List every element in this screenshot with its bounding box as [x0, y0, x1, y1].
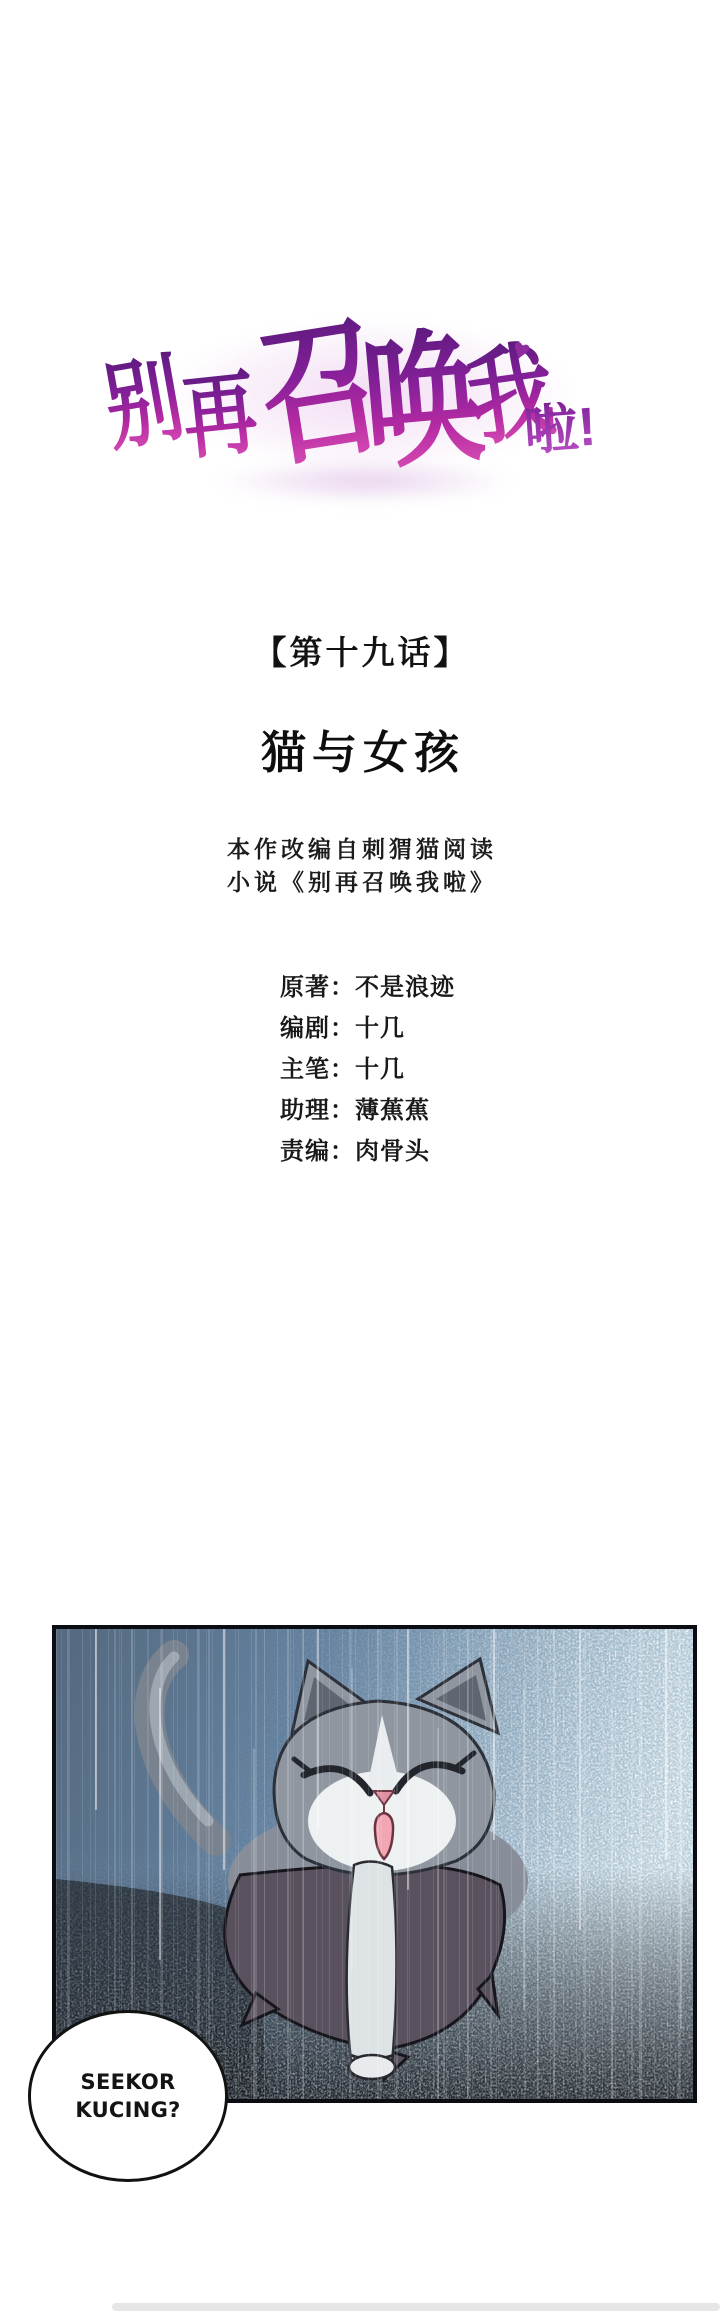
credit-role: 主笔	[280, 1056, 330, 1083]
credit-role: 助理	[280, 1097, 330, 1124]
logo-char: 再	[179, 366, 262, 465]
credit-name: 薄蕉蕉	[355, 1097, 430, 1124]
chapter-title: 猫与女孩	[0, 716, 720, 781]
next-panel-edge	[112, 2303, 720, 2311]
credit-colon: ：	[330, 1097, 355, 1124]
cat-front-leg	[347, 1861, 397, 2079]
chapter-number: 【第十九话】	[0, 627, 720, 674]
credit-name: 十几	[355, 1056, 405, 1083]
adaptation-line-2: 小说《别再召唤我啦》	[0, 866, 720, 899]
credit-role: 原著	[280, 974, 330, 1001]
speech-bubble: SEEKOR KUCING?	[28, 2010, 228, 2182]
logo-char: 别	[98, 350, 190, 458]
credit-role: 责编	[280, 1138, 330, 1165]
credit-role: 编剧	[280, 1015, 330, 1042]
credit-name: 不是浪迹	[355, 974, 455, 1001]
credit-colon: ：	[330, 1138, 355, 1165]
credit-colon: ：	[330, 1015, 355, 1042]
credit-colon: ：	[330, 1056, 355, 1083]
credit-row: 主笔：十几	[280, 1058, 455, 1082]
credit-name: 十几	[355, 1015, 405, 1042]
credit-colon: ：	[330, 974, 355, 1001]
comic-page: 别 再 召 唤 我 ♥ 啦! 【第十九话】 猫与女孩 本作改编自刺猬猫阅读 小说…	[0, 0, 720, 2311]
credit-row: 责编：肉骨头	[280, 1140, 455, 1164]
logo-suffix: 啦!	[522, 400, 598, 459]
cat-paw	[349, 2055, 395, 2079]
adaptation-line-1: 本作改编自刺猬猫阅读	[0, 833, 720, 866]
credit-row: 原著：不是浪迹	[280, 976, 455, 1000]
credit-name: 肉骨头	[355, 1138, 430, 1165]
speech-line-1: SEEKOR	[81, 2069, 176, 2095]
credit-row: 编剧：十几	[280, 1017, 455, 1041]
speech-line-2: KUCING?	[75, 2097, 180, 2123]
credits-list: 原著：不是浪迹 编剧：十几 主笔：十几 助理：薄蕉蕉 责编：肉骨头	[280, 976, 455, 1181]
adaptation-note: 本作改编自刺猬猫阅读 小说《别再召唤我啦》	[0, 833, 720, 899]
credit-row: 助理：薄蕉蕉	[280, 1099, 455, 1123]
